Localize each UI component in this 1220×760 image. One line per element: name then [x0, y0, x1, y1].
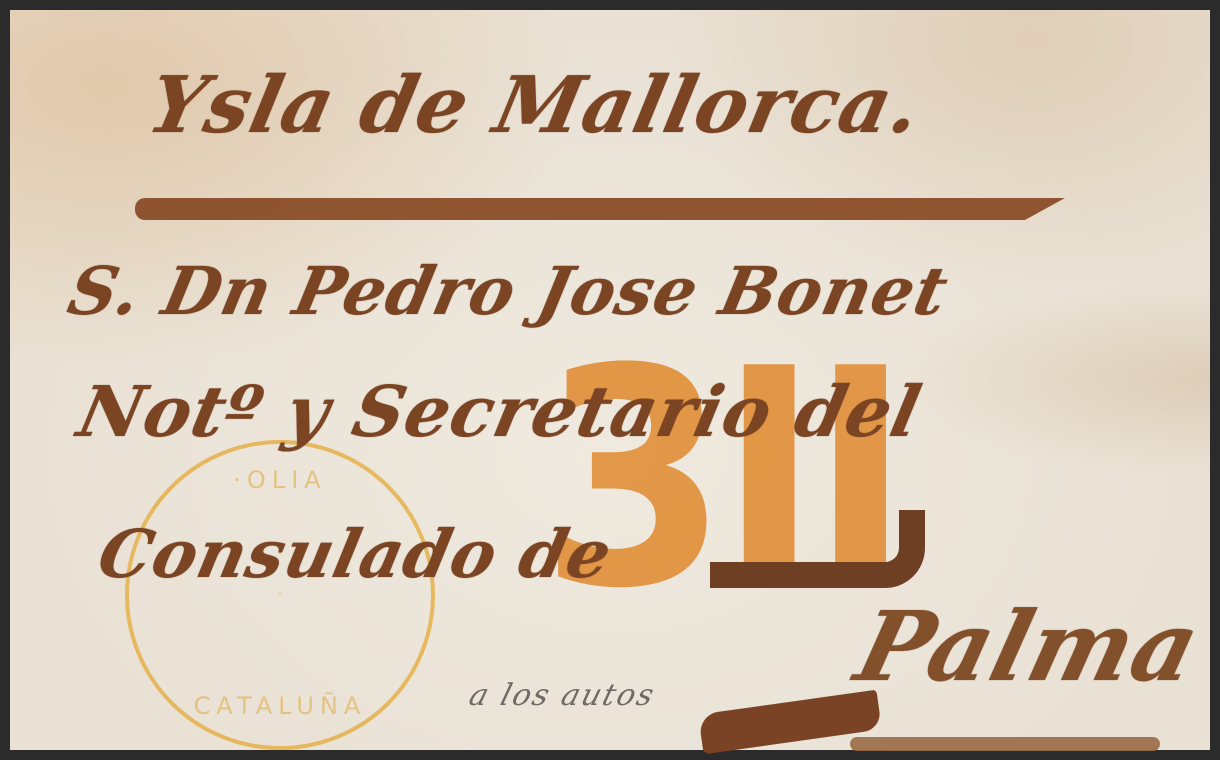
city-underline-stroke — [850, 737, 1160, 751]
address-line-island: Ysla de Mallorca. — [140, 60, 929, 151]
address-line-consulado: Consulado de — [92, 515, 619, 593]
ink-flourish — [710, 510, 925, 588]
ink-underline-stroke — [135, 198, 1065, 220]
circular-postmark: ·OLIA ·· CATALUÑA — [125, 440, 435, 750]
address-line-title: Notº y Secretario del — [71, 370, 928, 453]
address-line-city: Palma — [846, 590, 1211, 703]
letter-cover: Ysla de Mallorca. S. Dn Pedro Jose Bonet… — [10, 10, 1210, 750]
postmark-top-text: ·OLIA — [129, 466, 431, 494]
pencil-note: a los autos — [465, 678, 659, 713]
postmark-bottom-text: CATALUÑA — [129, 692, 431, 720]
